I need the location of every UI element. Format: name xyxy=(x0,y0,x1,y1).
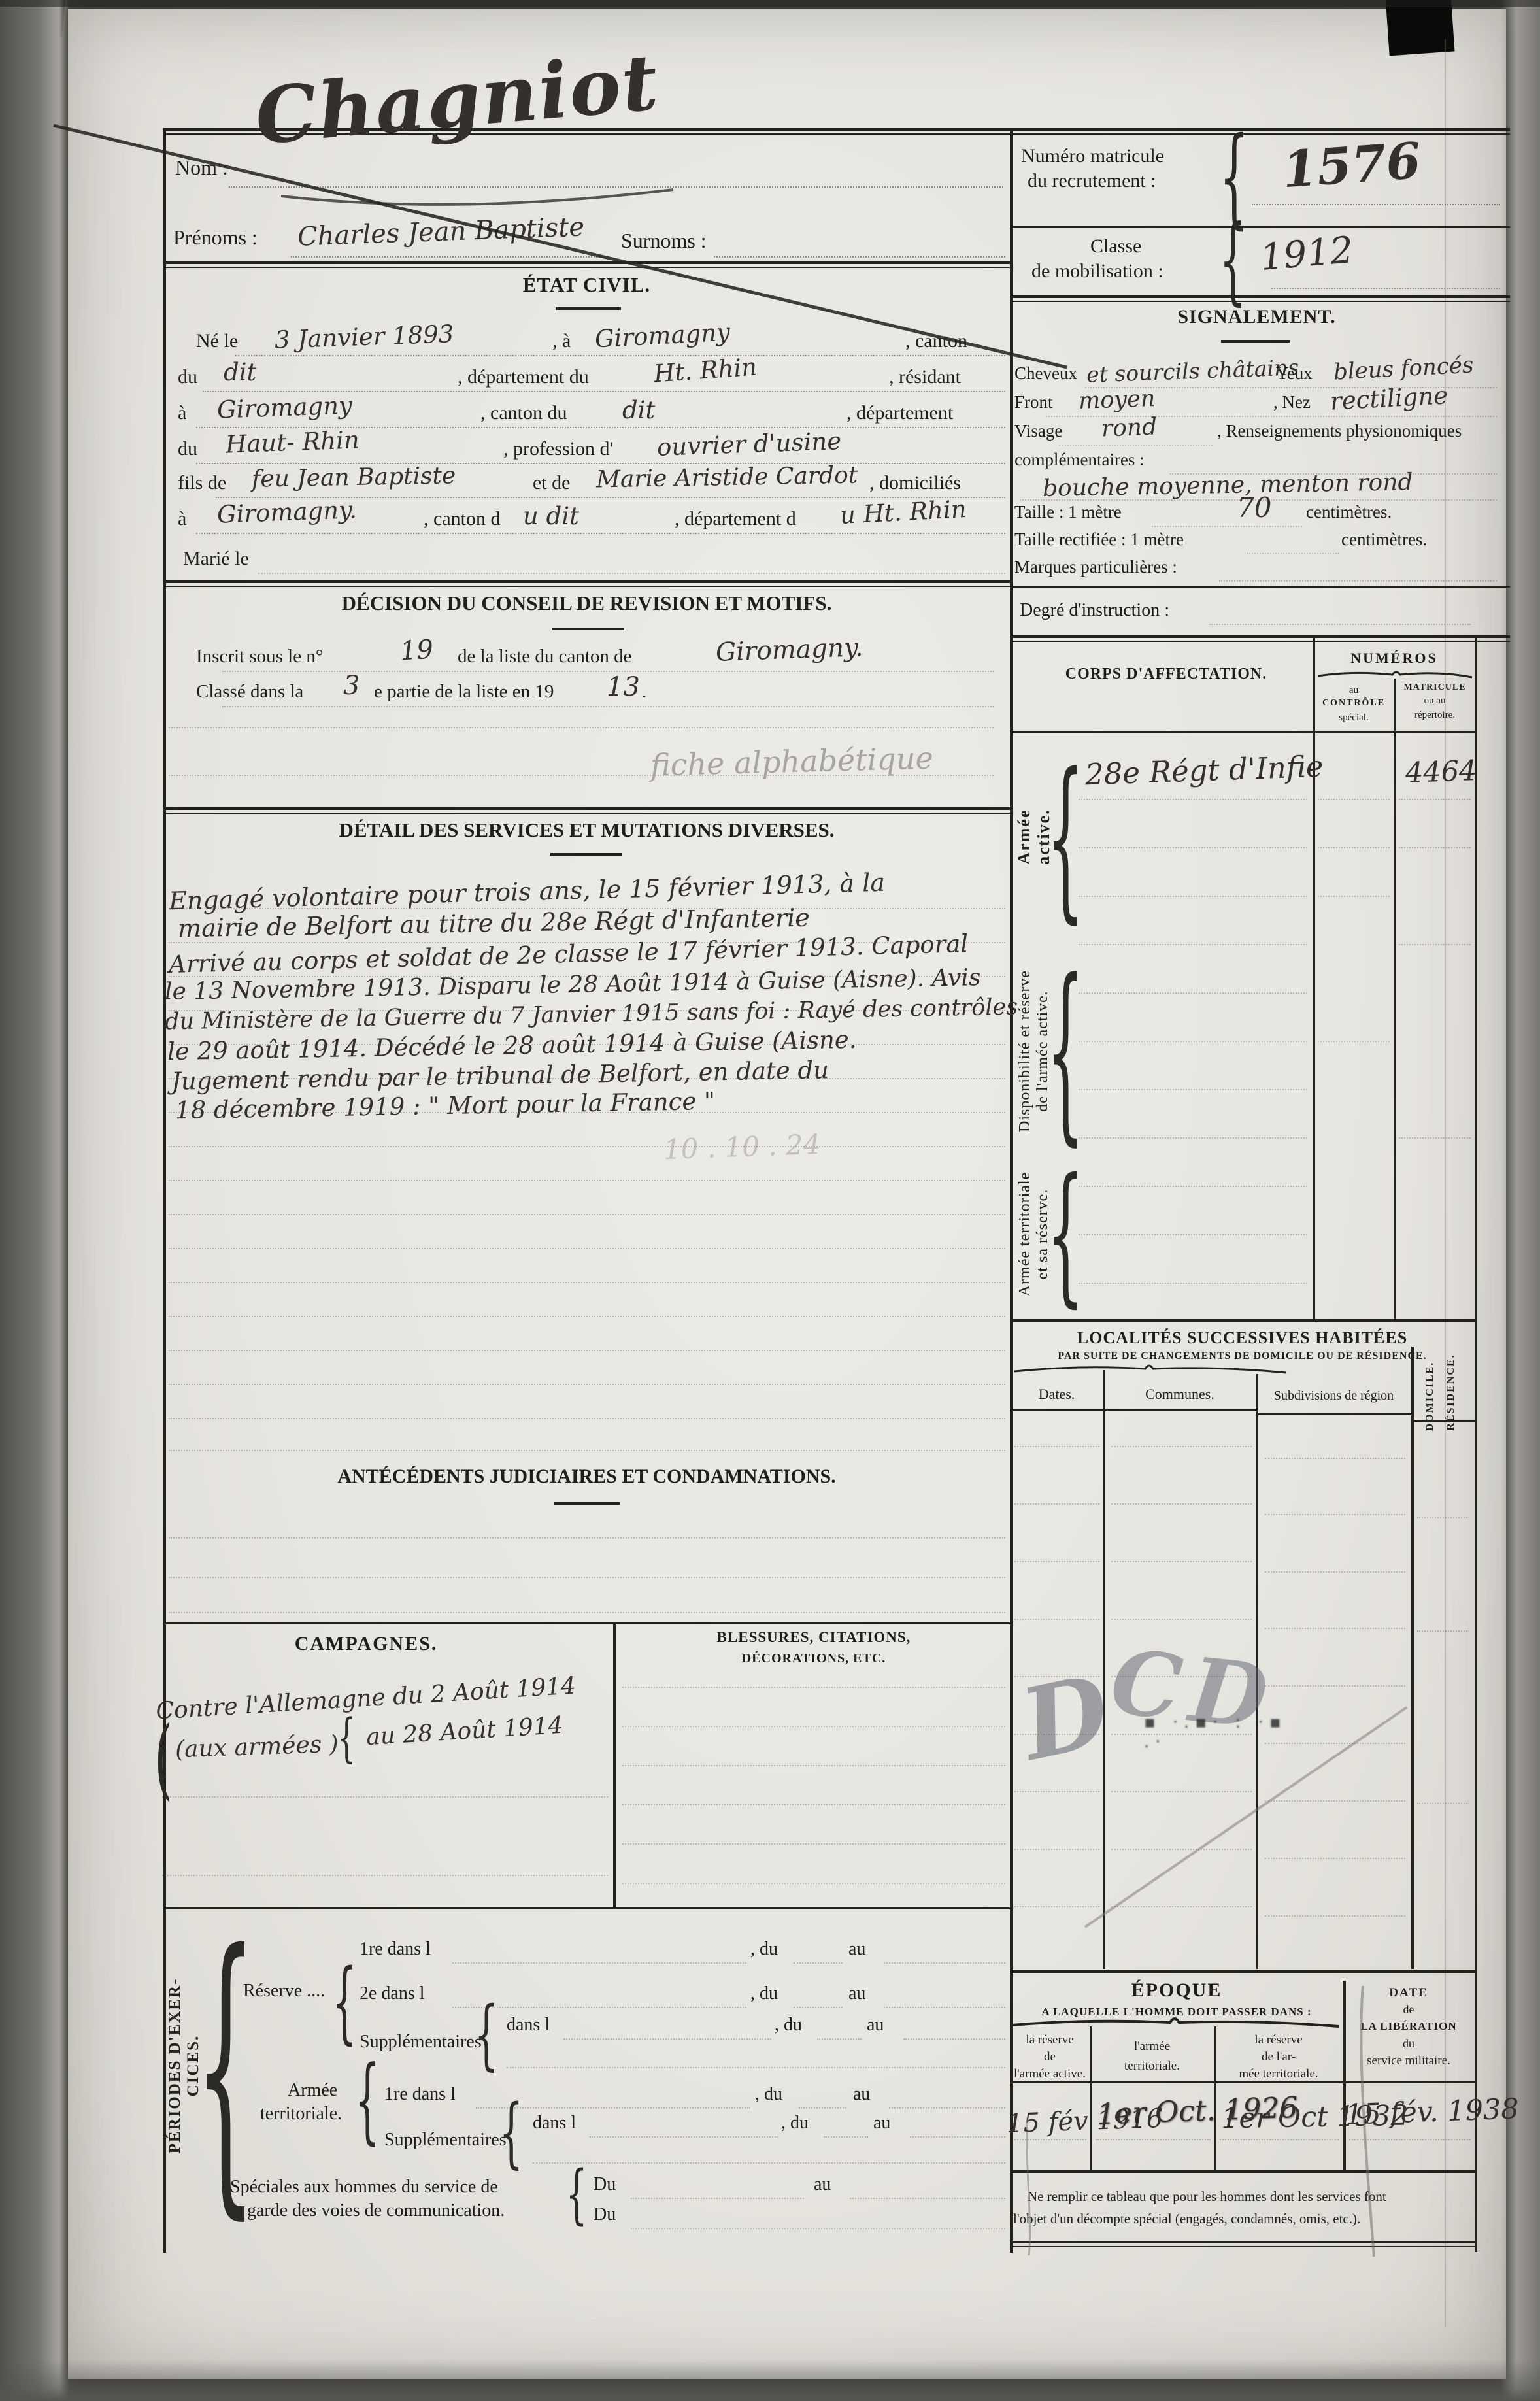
ec-l2-p1: du xyxy=(178,366,197,388)
localites-divider-3 xyxy=(1411,1347,1414,1969)
antecedents-title: ANTÉCÉDENTS JUDICIAIRES ET CONDAMNATIONS… xyxy=(163,1466,1010,1488)
suppl2-au: au xyxy=(873,2113,890,2134)
suppl2-label: Supplémentaires xyxy=(384,2130,507,2151)
loc-dots-r4a xyxy=(1014,1619,1099,1620)
corps-top-rule xyxy=(1010,635,1510,642)
ant-dots-1 xyxy=(169,1537,1005,1539)
terr-label-1: Armée xyxy=(288,2080,337,2101)
matricule-subheader-2: ou au xyxy=(1396,696,1473,707)
decision-top-rule xyxy=(163,580,1010,587)
corps-row-dots-8 xyxy=(1079,1137,1307,1139)
loc-dots-r7b xyxy=(1111,1791,1252,1792)
ec-l3-p2: , canton du xyxy=(480,402,567,424)
degre-label: Degré d'instruction : xyxy=(1020,600,1169,621)
row1-label: 1re dans l xyxy=(360,1939,431,1960)
epoque-divider-1 xyxy=(1090,2026,1092,2170)
suppl1-dansl: dans l xyxy=(507,2015,550,2036)
localites-divider-1 xyxy=(1103,1370,1105,1969)
ec-l4-p2: , profession d' xyxy=(503,438,613,460)
services-title: DÉTAIL DES SERVICES ET MUTATIONS DIVERSE… xyxy=(163,818,1010,842)
ec-l5-h2: Marie Aristide Cardot xyxy=(596,462,858,494)
speciales-label-1: Spéciales aux hommes du service de xyxy=(230,2177,498,2198)
loc-dots-r3c xyxy=(1265,1571,1405,1573)
loc-dots-r3b xyxy=(1111,1561,1252,1562)
svc-dots-8 xyxy=(169,1146,1005,1147)
corps-row-dots-1b xyxy=(1318,799,1390,800)
row4-dots-c xyxy=(889,2107,1005,2109)
epoque-val-dots-1 xyxy=(1014,2139,1086,2140)
bless-dots-1 xyxy=(622,1687,1005,1688)
ec-l6-h1: Giromagny. xyxy=(216,495,357,528)
corps-row-dots-2 xyxy=(1079,847,1307,848)
bless-dots-4 xyxy=(622,1804,1005,1805)
suppl1-dots-d xyxy=(507,2067,1005,2068)
speciales-au-1: au xyxy=(814,2174,831,2195)
camp-dots-2 xyxy=(162,1875,608,1876)
row2-dots-b xyxy=(794,2007,843,2008)
loc-dots-r2a xyxy=(1014,1503,1099,1505)
marie-dots xyxy=(258,573,1005,574)
loc-dots-r3a xyxy=(1014,1561,1099,1562)
blessures-title-2: DÉCORATIONS, ETC. xyxy=(621,1651,1007,1666)
speciales-du-1: Du xyxy=(594,2174,616,2195)
suppl2-dots-a xyxy=(590,2136,778,2138)
corps-row-dots-2c xyxy=(1399,847,1471,848)
row2-du: , du xyxy=(750,1983,778,2004)
classe-liste-label2: e partie de la liste en 19 xyxy=(374,681,554,703)
speciales-dots-2a xyxy=(631,2228,1005,2229)
ec-l6-p3: , département d xyxy=(675,508,796,530)
row4-label: 1re dans l xyxy=(384,2084,456,2105)
center-divider xyxy=(1010,128,1013,2253)
front-value: moyen xyxy=(1078,386,1156,414)
ec-l3-h1: Giromagny xyxy=(216,391,352,424)
taille-unit: centimètres. xyxy=(1306,502,1392,522)
loc-dots-r9b xyxy=(1111,1906,1252,1907)
ec-l5-p2: et de xyxy=(533,472,570,494)
suppl1-dots-b xyxy=(817,2038,862,2040)
corps-row-dots-9 xyxy=(1079,1186,1307,1187)
complementaires-label: complémentaires : xyxy=(1014,450,1145,470)
signalement-dash xyxy=(1221,340,1290,343)
row1-dots-b xyxy=(794,1962,843,1964)
loc-dots-r2c xyxy=(1265,1514,1405,1515)
epoque-subtitle: A LAQUELLE L'HOMME DOIT PASSER DANS : xyxy=(1010,2006,1343,2019)
campagnes-title: CAMPAGNES. xyxy=(176,1633,556,1655)
matricule-classe-rule xyxy=(1010,226,1510,228)
blessures-title-1: BLESSURES, CITATIONS, xyxy=(621,1629,1007,1646)
epoque-col2-l2: territoriale. xyxy=(1090,2059,1214,2074)
svc-dots-6 xyxy=(169,1078,1005,1079)
speciales-dots-1a xyxy=(631,2198,804,2199)
row1-du: , du xyxy=(750,1939,778,1960)
group2-brace: { xyxy=(1046,939,1085,1163)
matricule-value-handwritten: 1576 xyxy=(1281,131,1422,199)
header-bottom-rule xyxy=(163,261,1010,268)
corps-col-divider-2 xyxy=(1394,679,1396,1320)
suppl2-dansl: dans l xyxy=(533,2113,576,2134)
classe-liste-num: 3 xyxy=(343,671,360,701)
ec-l1-p2: , à xyxy=(552,330,571,352)
svc-dots-9 xyxy=(169,1180,1005,1181)
matricule-dotted-line xyxy=(1252,204,1500,205)
terr-brace: { xyxy=(354,2045,380,2155)
corps-header-bottom-rule xyxy=(1010,731,1475,733)
group3-line1: Armée territoriale xyxy=(1016,1172,1034,1297)
signalement-title: SIGNALEMENT. xyxy=(1010,306,1503,328)
row1-au: au xyxy=(848,1939,865,1960)
group2-line1: Disponibilité et réserve xyxy=(1016,970,1034,1132)
ec-l4-dots xyxy=(196,463,1005,464)
reserve-label: Réserve .... xyxy=(243,1981,325,2002)
suppl2-dots-d xyxy=(533,2162,1005,2164)
loc-dots-r8a xyxy=(1014,1849,1099,1850)
inscrit-num: 19 xyxy=(399,635,434,667)
classe-liste-label1: Classé dans la xyxy=(196,681,303,703)
scan-left-edge xyxy=(0,0,69,2401)
loc-dots-r4c xyxy=(1265,1628,1405,1629)
corps-row-dots-6b xyxy=(1318,1041,1390,1042)
services-dash xyxy=(550,853,622,856)
svc-dots-12 xyxy=(169,1282,1005,1283)
svc-dots-4 xyxy=(169,1010,1005,1011)
suppl1-brace: { xyxy=(475,1990,499,2079)
localites-col-dates: Dates. xyxy=(1010,1386,1103,1403)
epoque-col1-l1: la réserve xyxy=(1010,2033,1090,2047)
speciales-brace: { xyxy=(565,2158,587,2232)
smudged-stamp: ▪ ·.▪· : ·▪ .· xyxy=(1144,1713,1301,1741)
taille-rect-unit: centimètres. xyxy=(1341,529,1427,550)
localites-header-rule-1 xyxy=(1010,1409,1256,1411)
taille-dots xyxy=(1152,526,1302,527)
corps-row-dots-3b xyxy=(1318,896,1390,897)
degre-dots xyxy=(1209,624,1471,625)
prenoms-label: Prénoms : xyxy=(173,226,258,250)
cheveux-label: Cheveux xyxy=(1014,363,1077,384)
ec-l1-p1: Né le xyxy=(196,330,238,352)
suppl1-au: au xyxy=(867,2015,884,2036)
loc-dots-r1a xyxy=(1014,1446,1099,1447)
corps-entry-matricule: 4464 xyxy=(1405,754,1477,790)
localites-col-communes: Communes. xyxy=(1103,1386,1256,1403)
decision-dash xyxy=(552,628,624,630)
epoque-col3-l2: de l'ar- xyxy=(1214,2050,1343,2064)
loc-dots-r7c xyxy=(1265,1800,1405,1802)
ec-l2-h1: dit xyxy=(224,358,256,386)
nom-label: Nom : xyxy=(175,156,228,180)
right-border xyxy=(1475,637,1477,2252)
localites-header-rule-3 xyxy=(1411,1420,1475,1422)
taille-rect-dots xyxy=(1247,553,1339,554)
bless-dots-2 xyxy=(622,1726,1005,1727)
loc-dots-r9c xyxy=(1265,1915,1405,1917)
ec-l5-p1: fils de xyxy=(178,472,226,494)
classe-label-line2: de mobilisation : xyxy=(1031,260,1163,282)
corps-col-divider-1 xyxy=(1313,637,1315,1320)
signalement-top-rule xyxy=(1010,295,1510,302)
classe-liste-annee: 13 xyxy=(607,672,640,702)
suppl2-du: , du xyxy=(781,2113,809,2134)
loc-dots-r2d xyxy=(1417,1517,1469,1518)
epoque-note-line1: Ne remplir ce tableau que pour les homme… xyxy=(1028,2189,1386,2205)
epoque-col2-l1: l'armée xyxy=(1090,2040,1214,2054)
controle-subheader-3: spécial. xyxy=(1315,713,1392,724)
epoque-title: ÉPOQUE xyxy=(1010,1979,1343,2002)
epoque-col4-l5: service militaire. xyxy=(1343,2054,1475,2068)
inscrit-label1: Inscrit sous le n° xyxy=(196,646,323,667)
classe-label-line1: Classe xyxy=(1090,235,1141,258)
loc-dots-r4d xyxy=(1417,1630,1469,1632)
campagnes-top-rule xyxy=(163,1622,1010,1624)
epoque-val-dots-2 xyxy=(1096,2139,1211,2140)
epoque-header-rule xyxy=(1010,2081,1475,2083)
row2-dots-c xyxy=(884,2007,1005,2008)
bless-dots-3 xyxy=(622,1765,1005,1766)
ec-l3-p1: à xyxy=(178,402,186,424)
front-label: Front xyxy=(1014,392,1053,412)
ec-l6-dots xyxy=(196,533,1005,534)
matricule-subheader-1: MATRICULE xyxy=(1396,682,1473,693)
bless-dots-6 xyxy=(622,1883,1005,1884)
ant-dots-2 xyxy=(169,1577,1005,1578)
classe-dotted-line xyxy=(1271,288,1500,289)
localites-top-rule xyxy=(1010,1319,1475,1322)
form-bottom-right-rule xyxy=(1010,2241,1475,2247)
epoque-col4-l4: du xyxy=(1343,2037,1475,2051)
svc-dots-14 xyxy=(169,1350,1005,1351)
svc-dots-11 xyxy=(169,1248,1005,1249)
corps-row-dots-1 xyxy=(1079,799,1307,800)
speciales-dots-1b xyxy=(850,2198,1005,2199)
group1-brace: { xyxy=(1046,737,1085,939)
suppl1-du: , du xyxy=(775,2015,802,2036)
inscrit-label2: de la liste du canton de xyxy=(458,646,632,667)
ec-l3-p3: , département xyxy=(846,402,953,424)
camp-dots-1 xyxy=(162,1796,608,1798)
corps-row-dots-8b xyxy=(1399,1137,1471,1139)
loc-dots-r9a xyxy=(1014,1906,1099,1907)
marie-label: Marié le xyxy=(183,548,249,570)
ec-l1-p3: , canton xyxy=(905,330,967,352)
epoque-col1-l3: l'armée active. xyxy=(1010,2067,1090,2081)
bless-dots-5 xyxy=(622,1843,1005,1845)
degre-top-rule xyxy=(1010,586,1510,588)
corps-row-dots-4 xyxy=(1079,944,1307,945)
services-top-rule xyxy=(163,807,1010,814)
corps-row-dots-1c xyxy=(1399,799,1471,800)
epoque-col3-l1: la réserve xyxy=(1214,2033,1343,2047)
loc-dots-r5c xyxy=(1265,1685,1405,1687)
localites-col-subdiv: Subdivisions de région xyxy=(1256,1388,1411,1403)
campagnes-bottom-rule xyxy=(163,1907,1010,1909)
row2-au: au xyxy=(848,1983,865,2004)
decision-title: DÉCISION DU CONSEIL DE REVISION ET MOTIF… xyxy=(163,592,1010,615)
classe-value-handwritten: 1912 xyxy=(1258,229,1355,279)
campagnes-line-2a: (aux armées ) xyxy=(175,1731,339,1764)
ec-l6-h2: u dit xyxy=(523,502,579,530)
loc-dots-r7a xyxy=(1014,1791,1099,1792)
svc-dots-1 xyxy=(169,908,1005,909)
renseignements-label: , Renseignements physionomiques xyxy=(1217,421,1462,441)
corps-row-dots-11 xyxy=(1079,1283,1307,1284)
ec-l3-h2: dit xyxy=(622,396,655,424)
controle-subheader-1: au xyxy=(1315,685,1392,696)
ec-l5-p3: , domiciliés xyxy=(869,472,961,494)
localites-title: LOCALITÉS SUCCESSIVES HABITÉES xyxy=(1010,1328,1475,1348)
svc-dots-5 xyxy=(169,1044,1005,1045)
loc-dots-r6c xyxy=(1265,1743,1405,1744)
loc-dots-r2b xyxy=(1111,1503,1252,1505)
campagnes-paren: ( xyxy=(154,1707,172,1809)
campagnes-brace: { xyxy=(337,1709,356,1769)
visage-dots xyxy=(1059,445,1213,446)
classe-liste-dot: . xyxy=(642,681,646,703)
terr-label-2: territoriale. xyxy=(260,2104,342,2124)
taille-value: 70 xyxy=(1237,492,1271,524)
corps-row-dots-4b xyxy=(1399,944,1471,945)
yeux-label: Yeux xyxy=(1276,363,1313,384)
svc-dots-3 xyxy=(169,976,1005,977)
row4-dots-b xyxy=(799,2107,846,2109)
campagnes-divider xyxy=(613,1622,616,1909)
matricule-label-line2: du recrutement : xyxy=(1028,170,1156,192)
surnoms-dotted-line xyxy=(714,256,1005,258)
suppl2-dots-b xyxy=(824,2136,868,2138)
visage-label: Visage xyxy=(1014,421,1062,441)
row4-au: au xyxy=(853,2084,870,2105)
epoque-note-line2: l'objet d'un décompte spécial (engagés, … xyxy=(1013,2211,1360,2227)
svc-dots-13 xyxy=(169,1316,1005,1317)
nez-label: , Nez xyxy=(1273,392,1311,412)
speciales-label-2: garde des voies de communication. xyxy=(247,2200,505,2221)
loc-dots-r8b xyxy=(1111,1849,1252,1850)
corps-row-dots-3 xyxy=(1079,896,1307,897)
svc-dots-17 xyxy=(169,1450,1005,1451)
row1-dots-a xyxy=(452,1962,746,1964)
ec-l2-p3: , résidant xyxy=(889,366,961,388)
corps-row-dots-6 xyxy=(1079,1041,1307,1042)
matricule-subheader-3: répertoire. xyxy=(1396,710,1473,721)
row1-dots-c xyxy=(884,1962,1005,1964)
loc-dots-r1b xyxy=(1111,1446,1252,1447)
svc-dots-2 xyxy=(169,942,1005,943)
marques-label: Marques particulières : xyxy=(1014,557,1177,577)
group1-line1: Armée xyxy=(1014,809,1034,864)
ec-l2-p2: , département du xyxy=(458,366,589,388)
scanned-military-register-sheet: Nom : Chagniot Prénoms : Charles Jean Ba… xyxy=(0,0,1540,2401)
etat-civil-title: ÉTAT CIVIL. xyxy=(163,273,1010,297)
svc-dots-7 xyxy=(169,1112,1005,1113)
epoque-col1-l2: de xyxy=(1010,2050,1090,2064)
surnoms-label: Surnoms : xyxy=(621,229,707,253)
fiche-alphabetique-note: fiche alphabétique xyxy=(650,740,933,782)
epoque-col4-l1: DATE xyxy=(1343,1986,1475,2000)
svc-dots-16 xyxy=(169,1418,1005,1419)
scan-bottom-edge xyxy=(0,2360,1540,2401)
epoque-col3-l3: mée territoriale. xyxy=(1214,2067,1343,2081)
row2-label: 2e dans l xyxy=(360,1983,425,2004)
ec-l4-h1: Haut- Rhin xyxy=(225,426,360,458)
svc-dots-10 xyxy=(169,1214,1005,1215)
epoque-val-dots-3 xyxy=(1220,2139,1339,2140)
suppl2-brace: { xyxy=(499,2088,524,2177)
inscrit-canton: Giromagny. xyxy=(715,633,863,667)
loc-dots-r7d xyxy=(1417,1803,1469,1804)
corps-row-dots-10 xyxy=(1079,1234,1307,1235)
corps-row-dots-7 xyxy=(1079,1089,1307,1090)
corps-row-dots-2b xyxy=(1318,847,1390,848)
ant-dots-3 xyxy=(169,1612,1005,1613)
epoque-bottom-rule xyxy=(1010,2170,1475,2173)
svc-dots-15 xyxy=(169,1384,1005,1385)
matricule-label-line1: Numéro matricule xyxy=(1021,145,1164,167)
speciales-du-2: Du xyxy=(594,2204,616,2225)
reserve-brace: { xyxy=(331,1949,357,2055)
ec-l5-h1: feu Jean Baptiste xyxy=(252,462,456,492)
epoque-divider-3 xyxy=(1343,1981,1346,2170)
ec-l1-dots xyxy=(235,355,1005,356)
suppl1-dots-a xyxy=(563,2038,771,2040)
corps-header: CORPS D'AFFECTATION. xyxy=(1020,665,1313,683)
ec-l4-p1: du xyxy=(178,438,197,460)
epoque-val-4: 15 fév. 1938 xyxy=(1345,2092,1519,2131)
localites-subtitle: PAR SUITE DE CHANGEMENTS DE DOMICILE OU … xyxy=(1010,1351,1475,1362)
numeros-header: NUMÉROS xyxy=(1314,650,1475,667)
loc-dots-r4b xyxy=(1111,1619,1252,1620)
ec-l6-p2: , canton d xyxy=(424,508,500,530)
visage-value: rond xyxy=(1101,414,1158,443)
marques-dots xyxy=(1219,580,1497,582)
loc-dots-r1c xyxy=(1265,1458,1405,1459)
etat-civil-dash xyxy=(556,307,621,310)
ec-l6-p1: à xyxy=(178,508,186,530)
suppl1-dots-c xyxy=(903,2038,1005,2040)
decision-empty-dots-1 xyxy=(169,727,994,728)
antecedents-dash xyxy=(554,1502,620,1505)
epoque-top-rule xyxy=(1010,1970,1475,1973)
epoque-val-dots-4 xyxy=(1349,2139,1471,2140)
taille-rect-label: Taille rectifiée : 1 mètre xyxy=(1014,529,1184,550)
classe-liste-dots xyxy=(222,706,994,707)
epoque-col4-l3: LA LIBÉRATION xyxy=(1343,2020,1475,2033)
suppl2-dots-c xyxy=(910,2136,1005,2138)
periodes-rot-line1: PÉRIODES D'EXER- xyxy=(166,1978,184,2154)
taille-label: Taille : 1 mètre xyxy=(1014,502,1122,522)
localites-header-rule-2 xyxy=(1256,1413,1411,1415)
row4-du: , du xyxy=(755,2084,782,2105)
scan-top-edge xyxy=(0,0,1540,7)
form-left-border xyxy=(163,128,166,2253)
scan-right-edge xyxy=(1501,0,1540,2401)
prenoms-dotted-line xyxy=(291,256,608,258)
epoque-col4-l2: de xyxy=(1343,2003,1475,2017)
corps-row-dots-5 xyxy=(1079,992,1307,994)
loc-dots-r8c xyxy=(1265,1858,1405,1859)
controle-subheader-2: CONTRÔLE xyxy=(1315,698,1392,709)
nom-dotted-line xyxy=(229,186,1003,188)
